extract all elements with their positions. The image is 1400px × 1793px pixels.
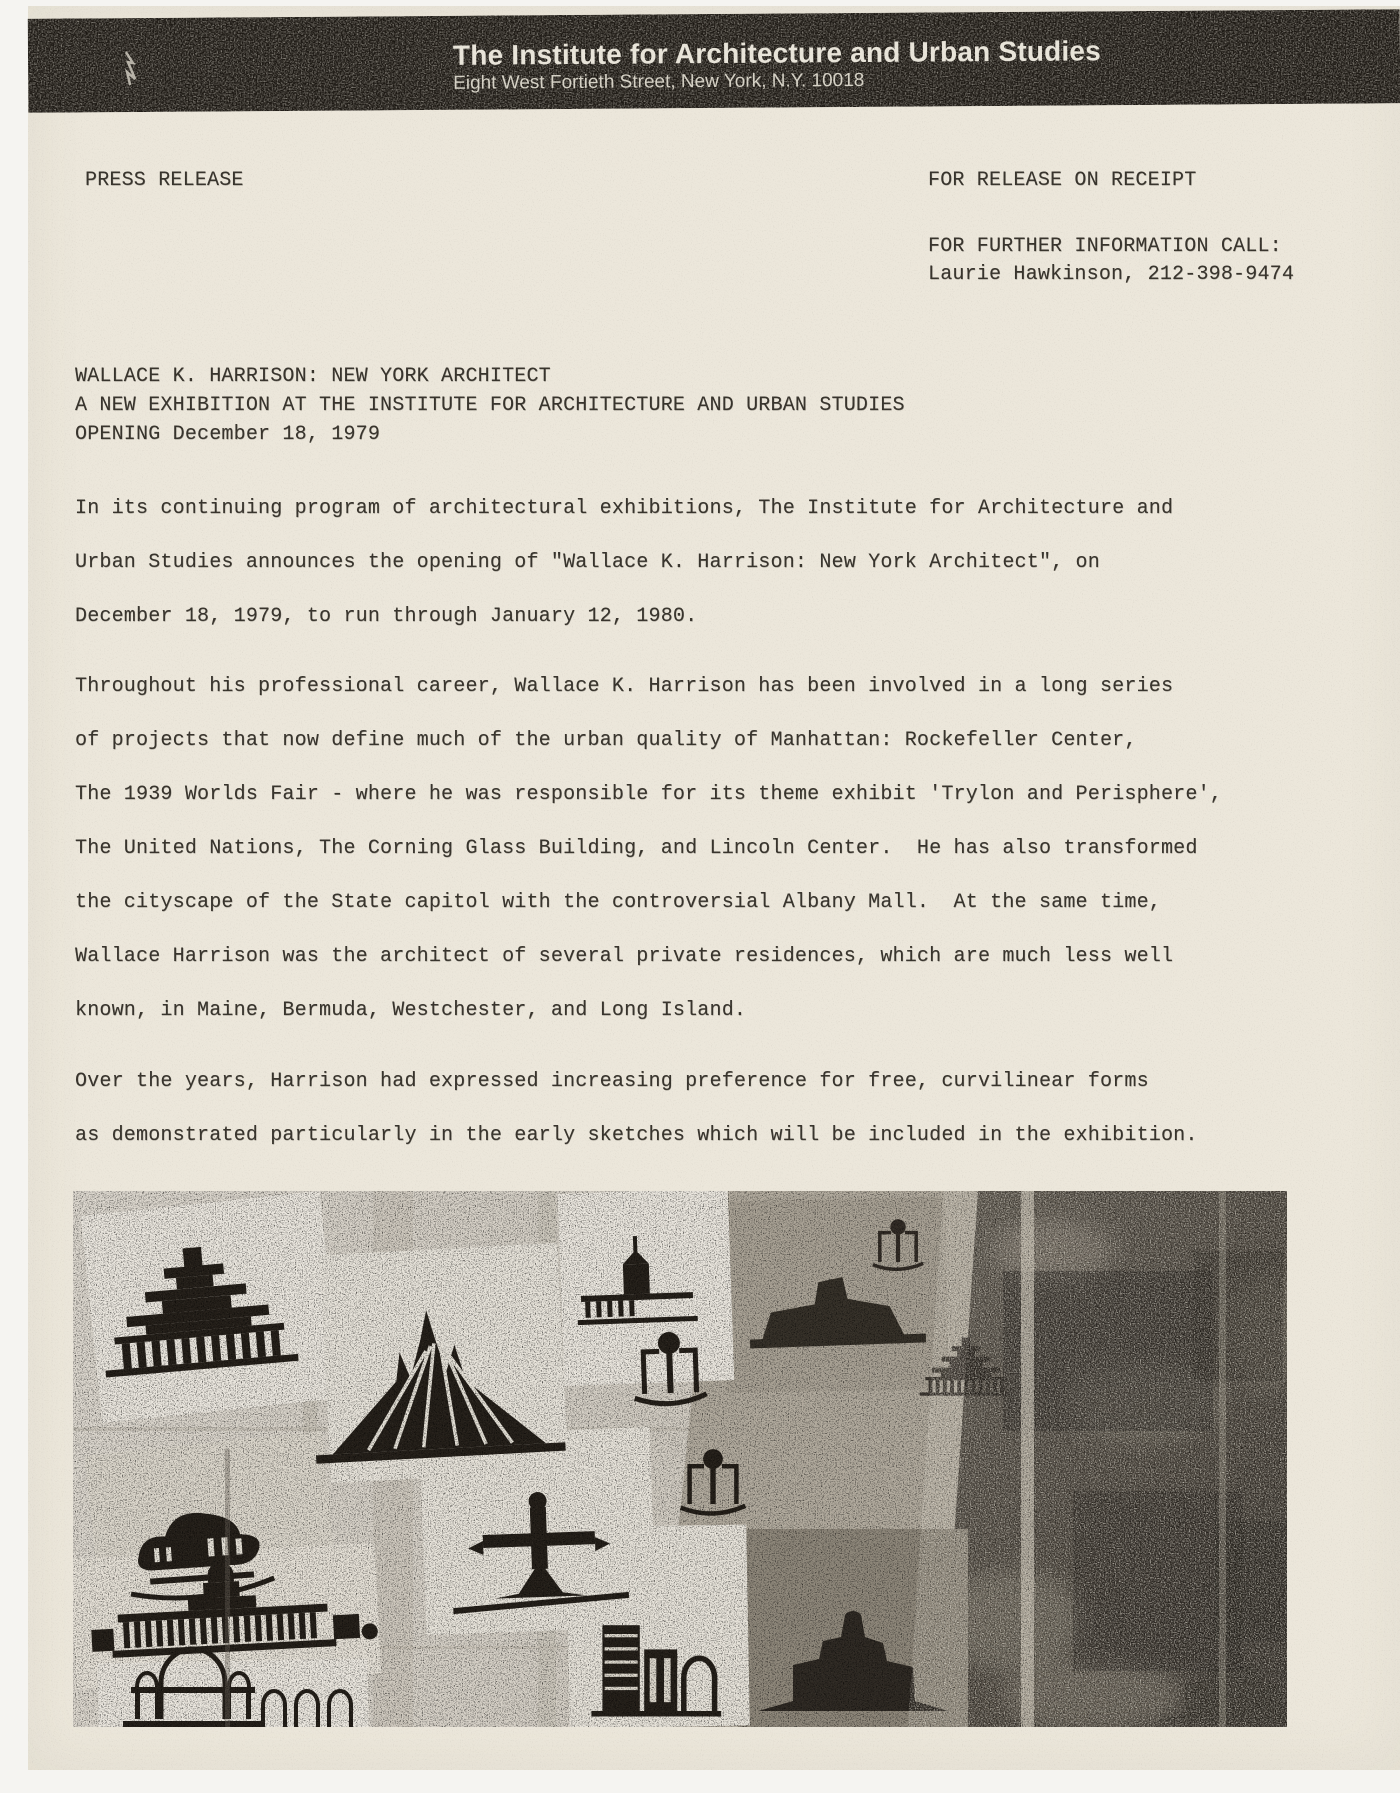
press-release-page: The Institute for Architecture and Urban… xyxy=(28,6,1400,1770)
contact-name-phone: Laurie Hawkinson, 212-398-9474 xyxy=(928,263,1294,286)
press-release-label: PRESS RELEASE xyxy=(85,169,244,192)
institute-address: Eight West Fortieth Street, New York, N.… xyxy=(453,67,1101,95)
exhibition-title: WALLACE K. HARRISON: NEW YORK ARCHITECT … xyxy=(75,362,905,449)
contact-heading: FOR FURTHER INFORMATION CALL: xyxy=(928,235,1282,258)
release-notice: FOR RELEASE ON RECEIPT xyxy=(928,169,1196,192)
letterhead-banner: The Institute for Architecture and Urban… xyxy=(28,9,1400,113)
letterhead-text-block: The Institute for Architecture and Urban… xyxy=(453,35,1101,95)
exhibition-photo-image xyxy=(73,1191,1287,1727)
body-paragraph-3: Over the years, Harrison had expressed i… xyxy=(75,1055,1198,1163)
body-paragraph-1: In its continuing program of architectur… xyxy=(75,482,1173,644)
institute-name: The Institute for Architecture and Urban… xyxy=(453,35,1101,72)
body-paragraph-2: Throughout his professional career, Wall… xyxy=(75,660,1222,1038)
exhibition-photo xyxy=(73,1191,1287,1727)
